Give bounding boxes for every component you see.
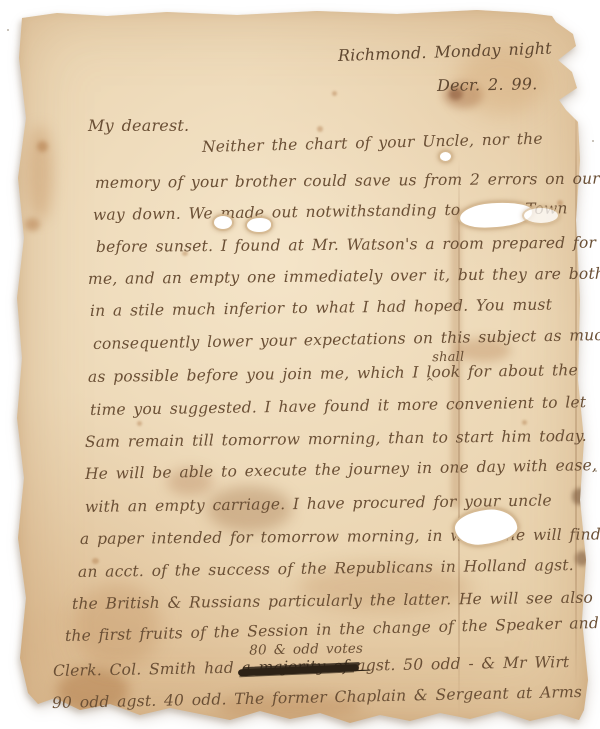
dateline-place: Richmond. Monday night bbox=[338, 41, 552, 64]
handwritten-line-9: time you suggested. I have found it more… bbox=[90, 395, 587, 418]
struck-passage: 80 & odd votes a majority of bbox=[241, 659, 348, 676]
handwritten-line-5: me, and an empty one immediately over it… bbox=[88, 267, 600, 288]
paper-hole bbox=[524, 208, 558, 223]
line-8-after: for about the bbox=[468, 361, 578, 381]
caret-mark: ^ bbox=[426, 378, 435, 388]
inserted-votes-note: 80 & odd votes bbox=[249, 643, 363, 658]
handwritten-line-17: Clerk. Col. Smith had 80 & odd votes a m… bbox=[53, 655, 570, 680]
salutation: My dearest. bbox=[88, 118, 189, 134]
handwritten-line-13: a paper intended for tomorrow morning, i… bbox=[80, 527, 600, 547]
handwritten-line-8: as possible before you join me, which I … bbox=[88, 363, 578, 385]
handwritten-line-4: before sunset. I found at Mr. Watson's a… bbox=[96, 236, 596, 256]
paper-hole bbox=[440, 152, 451, 161]
interlinear-insertion: shall ^ look bbox=[426, 365, 460, 381]
inserted-word: shall bbox=[432, 351, 464, 364]
handwritten-line-11: He will be able to execute the journey i… bbox=[85, 458, 597, 482]
line-17-before: Clerk. Col. Smith had bbox=[53, 659, 234, 680]
handwritten-line-7: consequently lower your expectations on … bbox=[93, 328, 600, 353]
handwritten-line-6: in a stile much inferior to what I had h… bbox=[90, 298, 552, 320]
paper-hole bbox=[247, 218, 271, 232]
handwritten-line-10: Sam remain till tomorrow morning, than t… bbox=[85, 429, 587, 451]
letter-scan: Richmond. Monday night Decr. 2. 99. My d… bbox=[0, 0, 600, 729]
dateline-date: Decr. 2. 99. bbox=[437, 76, 538, 94]
handwritten-line-1: Neither the chart of your Uncle, nor the bbox=[202, 132, 543, 156]
handwritten-line-15: the British & Russians particularly the … bbox=[72, 591, 593, 613]
line-8-before: as possible before you join me, which I bbox=[88, 363, 419, 386]
handwritten-line-14: an acct. of the success of the Republica… bbox=[78, 558, 574, 580]
handwritten-line-2: memory of your brother could save us fro… bbox=[95, 172, 600, 192]
handwriting-layer: Richmond. Monday night Decr. 2. 99. My d… bbox=[0, 0, 600, 729]
handwritten-line-18: 90 odd agst. 40 odd. The former Chaplain… bbox=[52, 685, 582, 712]
line-17-after: agst. 50 odd - & Mr Wirt bbox=[356, 653, 569, 675]
paper-hole bbox=[214, 216, 232, 229]
